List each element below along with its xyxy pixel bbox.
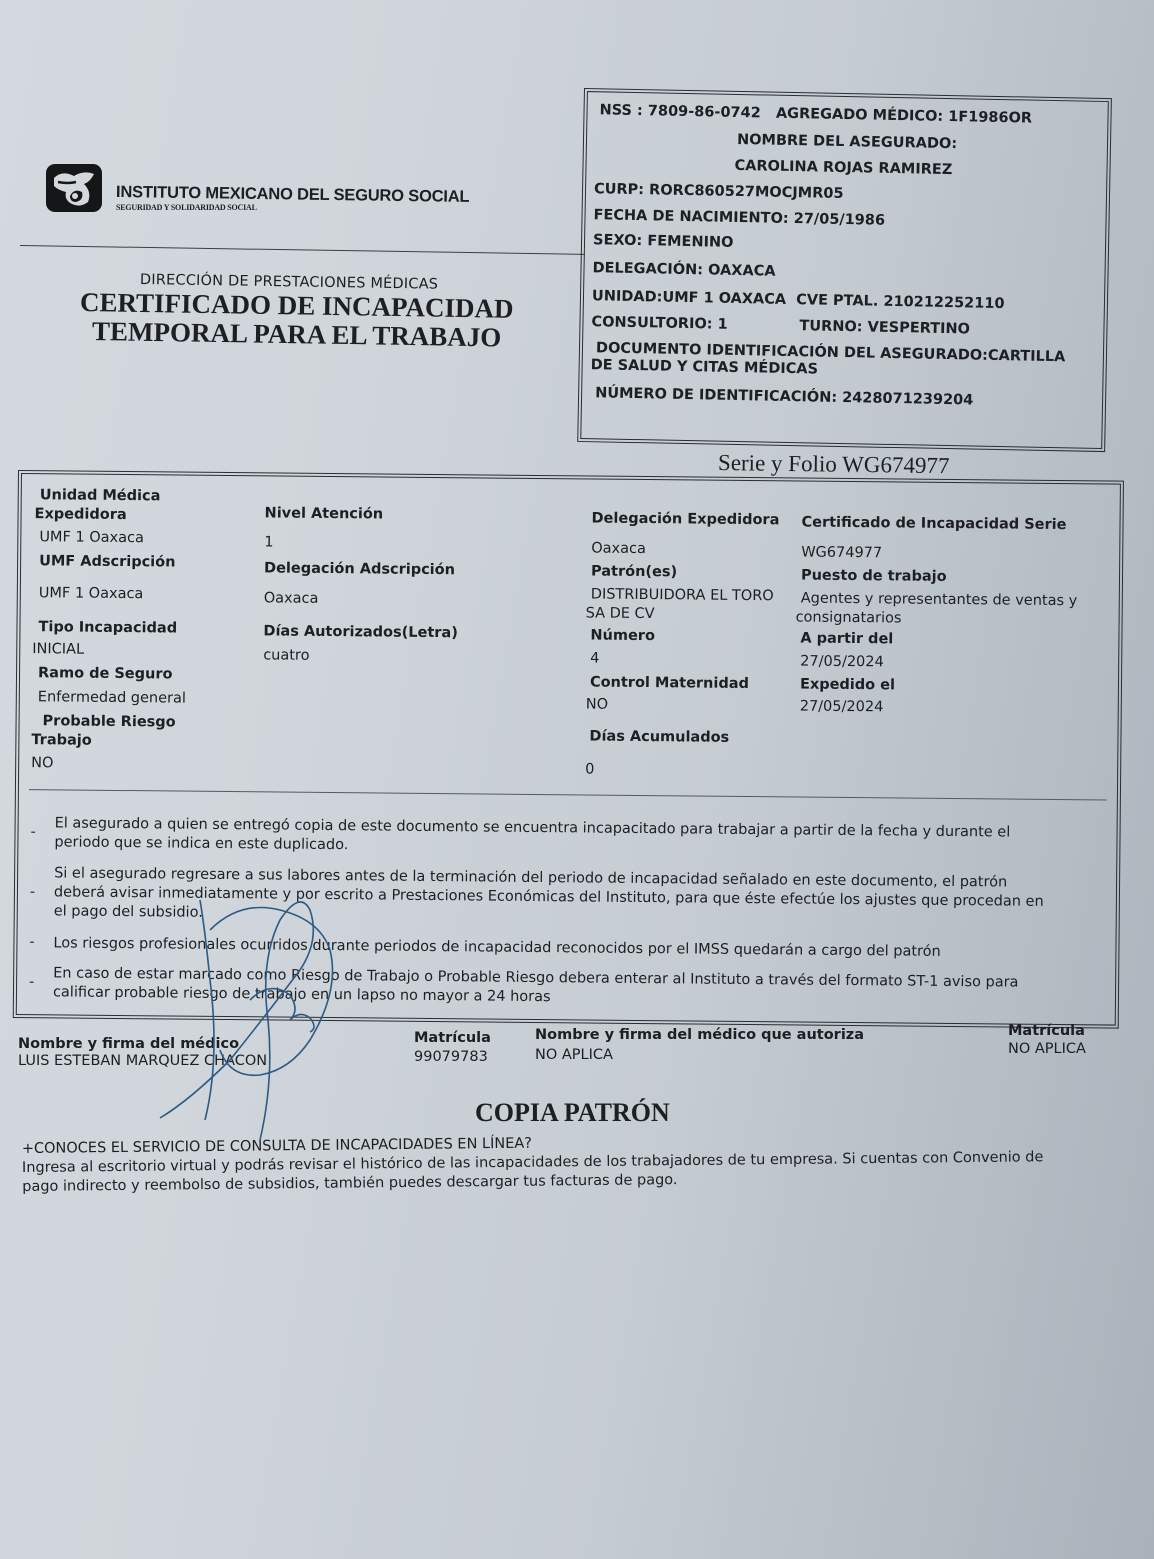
delegacion-adscripcion-value: Oaxaca xyxy=(264,589,319,609)
tipo-incapacidad-value: INICIAL xyxy=(32,640,84,659)
dias-letra-label: Días Autorizados(Letra) xyxy=(263,622,458,643)
doctor-name: LUIS ESTEBAN MARQUEZ CHACON xyxy=(18,1053,267,1069)
agregado-label: AGREGADO MÉDICO: xyxy=(776,106,944,125)
curp-value: RORC860527MOCJMR05 xyxy=(649,182,844,202)
office-row: CONSULTORIO: 1 xyxy=(591,314,728,333)
unit-row: UNIDAD:UMF 1 OAXACA CVE PTAL. 2102122521… xyxy=(592,288,1005,312)
office-value: 1 xyxy=(717,317,727,333)
shift-row: TURNO: VESPERTINO xyxy=(799,318,970,337)
certificate-details-box: Unidad Médica Expedidora UMF 1 Oaxaca UM… xyxy=(13,470,1124,1029)
patron-value: DISTRIBUIDORA EL TORO SA DE CV xyxy=(591,586,774,626)
online-service-promo: +CONOCES EL SERVICIO DE CONSULTA DE INCA… xyxy=(22,1129,1113,1197)
curp-row: CURP: RORC860527MOCJMR05 xyxy=(594,181,844,202)
serie-folio: Serie y Folio WG674977 xyxy=(718,450,950,479)
unidad-expedidora-label-line2: Expedidora xyxy=(35,506,127,523)
insured-name-label: NOMBRE DEL ASEGURADO: xyxy=(737,132,957,152)
matricula-label: Matrícula xyxy=(414,1030,491,1046)
authorizer-matricula-value: NO APLICA xyxy=(1008,1041,1086,1057)
unidad-expedidora-label-line1: Unidad Médica xyxy=(40,487,161,504)
sex-row: SEXO: FEMENINO xyxy=(593,232,734,251)
a-partir-label: A partir del xyxy=(800,630,893,650)
doctor-label: Nombre y firma del médico xyxy=(18,1036,239,1052)
ramo-seguro-label: Ramo de Seguro xyxy=(38,664,173,684)
insured-name: CAROLINA ROJAS RAMIREZ xyxy=(734,158,952,178)
institution-tagline: SEGURIDAD Y SOLIDARIDAD SOCIAL xyxy=(116,203,257,212)
tipo-incapacidad-label: Tipo Incapacidad xyxy=(38,618,177,638)
insured-info-box: NSS : 7809-86-0742 AGREGADO MÉDICO: 1F19… xyxy=(577,88,1112,452)
delegacion-adscripcion-label: Delegación Adscripción xyxy=(264,559,455,580)
riesgo-trabajo-value: NO xyxy=(31,754,53,773)
serie-label: Certificado de Incapacidad Serie xyxy=(801,514,1066,536)
id-number-label: NÚMERO DE IDENTIFICACIÓN: xyxy=(595,385,837,406)
id-document-line2: DE SALUD Y CITAS MÉDICAS xyxy=(591,357,819,377)
nss-value: 7809-86-0742 xyxy=(648,103,761,121)
numero-value: 4 xyxy=(590,650,599,669)
shift-value: VESPERTINO xyxy=(867,319,970,337)
ramo-seguro-value: Enfermedad general xyxy=(38,688,186,708)
promo-line3: pago indirecto y reembolso de subsidios,… xyxy=(22,1172,677,1195)
imss-eagle-logo-icon xyxy=(44,162,104,214)
unit-value: UMF 1 OAXACA xyxy=(662,290,786,308)
delegacion-expedidora-value: Oaxaca xyxy=(591,540,646,560)
sex-value: FEMENINO xyxy=(647,233,733,251)
delegation-label: DELEGACIÓN: xyxy=(592,260,703,278)
delegation-value: OAXACA xyxy=(708,262,776,279)
nivel-atencion-value: 1 xyxy=(264,533,273,552)
copy-type-title: COPIA PATRÓN xyxy=(475,1098,670,1128)
cve-value: 210212252110 xyxy=(883,294,1004,312)
note-bullet: - xyxy=(30,824,35,840)
patron-value-line1: DISTRIBUIDORA EL TORO xyxy=(591,587,774,605)
puesto-label: Puesto de trabajo xyxy=(801,567,947,587)
expedido-value: 27/05/2024 xyxy=(800,698,884,718)
promo-line1: +CONOCES EL SERVICIO DE CONSULTA DE INCA… xyxy=(22,1136,532,1157)
dias-acumulados-value: 0 xyxy=(585,760,594,779)
matricula-value: 99079783 xyxy=(414,1049,488,1065)
expedido-label: Expedido el xyxy=(800,676,895,696)
authorizer-name: NO APLICA xyxy=(535,1047,613,1063)
id-number-row: NÚMERO DE IDENTIFICACIÓN: 2428071239204 xyxy=(595,385,973,408)
shift-label: TURNO: xyxy=(799,318,862,335)
birth-row: FECHA DE NACIMIENTO: 27/05/1986 xyxy=(593,207,885,229)
note-3-line1: Los riesgos profesionales ocurridos dura… xyxy=(53,935,940,960)
puesto-value: Agentes y representantes de ventas y con… xyxy=(801,590,1078,631)
umf-adscripcion-value: UMF 1 Oaxaca xyxy=(39,584,144,604)
unidad-expedidora-label: Unidad Médica Expedidora xyxy=(39,486,160,525)
nss-label: NSS : xyxy=(599,102,643,119)
note-item: En caso de estar marcado como Riesgo de … xyxy=(53,964,1089,1012)
note-2-line3: el pago del subsidio. xyxy=(54,903,203,920)
puesto-value-line2: consignatarios xyxy=(796,609,902,626)
riesgo-trabajo-label-line1: Probable Riesgo xyxy=(43,713,176,730)
control-maternidad-value: NO xyxy=(586,695,608,714)
puesto-value-line1: Agentes y representantes de ventas y xyxy=(801,591,1078,610)
patron-label: Patrón(es) xyxy=(591,563,677,583)
unidad-expedidora-value: UMF 1 Oaxaca xyxy=(39,528,144,548)
authorizer-matricula-label: Matrícula xyxy=(1008,1023,1085,1039)
nss-row: NSS : 7809-86-0742 AGREGADO MÉDICO: 1F19… xyxy=(599,102,1032,126)
dias-acumulados-label: Días Acumulados xyxy=(589,727,729,747)
nivel-atencion-label: Nivel Atención xyxy=(264,504,383,524)
header-divider xyxy=(20,245,585,255)
id-number-value: 2428071239204 xyxy=(842,390,973,409)
a-partir-value: 27/05/2024 xyxy=(800,653,884,673)
note-bullet: - xyxy=(29,934,34,950)
birth-value: 27/05/1986 xyxy=(794,211,886,229)
note-bullet: - xyxy=(29,974,34,990)
document-title-line2: TEMPORAL PARA EL TRABAJO xyxy=(92,316,502,353)
unit-label: UNIDAD: xyxy=(592,288,663,305)
umf-adscripcion-label: UMF Adscripción xyxy=(39,552,176,572)
note-bullet: - xyxy=(30,884,35,900)
curp-label: CURP: xyxy=(594,181,644,198)
sex-label: SEXO: xyxy=(593,232,642,249)
control-maternidad-label: Control Maternidad xyxy=(590,674,749,695)
note-item: El asegurado a quien se entregó copia de… xyxy=(54,814,1090,862)
numero-label: Número xyxy=(590,627,655,647)
birth-label: FECHA DE NACIMIENTO: xyxy=(593,207,788,227)
dias-letra-value: cuatro xyxy=(263,646,309,665)
riesgo-trabajo-label: Probable Riesgo Trabajo xyxy=(31,712,175,751)
serie-value: WG674977 xyxy=(801,544,882,564)
office-label: CONSULTORIO: xyxy=(591,314,712,332)
note-item: Los riesgos profesionales ocurridos dura… xyxy=(53,934,1089,963)
riesgo-trabajo-label-line2: Trabajo xyxy=(31,732,91,749)
authorizer-label: Nombre y firma del médico que autoriza xyxy=(535,1027,864,1043)
section-divider xyxy=(29,789,1107,800)
note-4-line2: calificar probable riesgo de trabajo en … xyxy=(53,984,551,1005)
agregado-value: 1F1986OR xyxy=(948,109,1032,127)
cve-label: CVE PTAL. xyxy=(796,292,878,310)
note-1-line2: periodo que se indica en este duplicado. xyxy=(54,834,348,853)
delegation-row: DELEGACIÓN: OAXACA xyxy=(592,260,775,280)
note-item: Si el asegurado regresare a sus labores … xyxy=(54,864,1090,931)
patron-value-line2: SA DE CV xyxy=(586,605,655,622)
delegacion-expedidora-label: Delegación Expedidora xyxy=(591,510,779,531)
